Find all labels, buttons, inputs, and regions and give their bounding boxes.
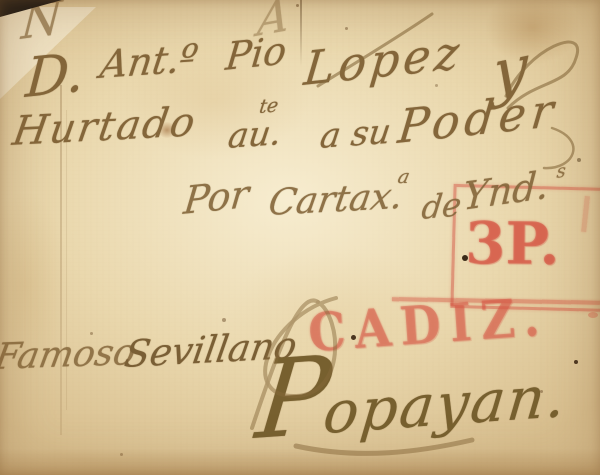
address-word: Ant.º xyxy=(98,39,200,84)
address-word: Poder xyxy=(396,86,560,150)
address-word: a su xyxy=(318,115,393,154)
top-crease xyxy=(300,0,302,66)
ink-spot xyxy=(351,335,356,340)
address-word: Pio xyxy=(224,31,288,76)
address-honorific: D. xyxy=(24,45,86,106)
foxing-dot xyxy=(435,84,438,87)
route-word: Ynd. xyxy=(462,165,550,216)
ink-spot xyxy=(574,360,578,364)
address-superscript: te xyxy=(258,96,280,117)
destination-text: Popayan. xyxy=(252,325,575,455)
foxing-dot xyxy=(296,4,299,7)
foxing-dot xyxy=(540,390,543,393)
foxing-dot xyxy=(222,318,226,322)
rate-stamp-text: 3P. xyxy=(465,214,560,273)
route-word: de xyxy=(420,188,463,224)
route-word: Cartax. xyxy=(266,179,405,222)
endorsement-word: Famoso xyxy=(0,335,138,376)
letter-cover: 3P. CADIZ. N A D. Ant.º Pio Lopez y Hurt… xyxy=(0,0,600,475)
route-word: Por xyxy=(182,175,251,220)
foxing-dot xyxy=(345,27,348,30)
foxing-dot xyxy=(120,453,123,456)
foxing-dot xyxy=(90,332,93,335)
foxing-dot xyxy=(577,158,581,162)
address-word: Lopez xyxy=(302,29,465,92)
route-superscript: a xyxy=(396,168,411,187)
route-superscript: s xyxy=(556,162,566,182)
ink-spot xyxy=(462,255,468,261)
red-smudge xyxy=(588,312,598,318)
address-word: Hurtado xyxy=(10,102,200,152)
address-word: au. xyxy=(226,116,284,154)
